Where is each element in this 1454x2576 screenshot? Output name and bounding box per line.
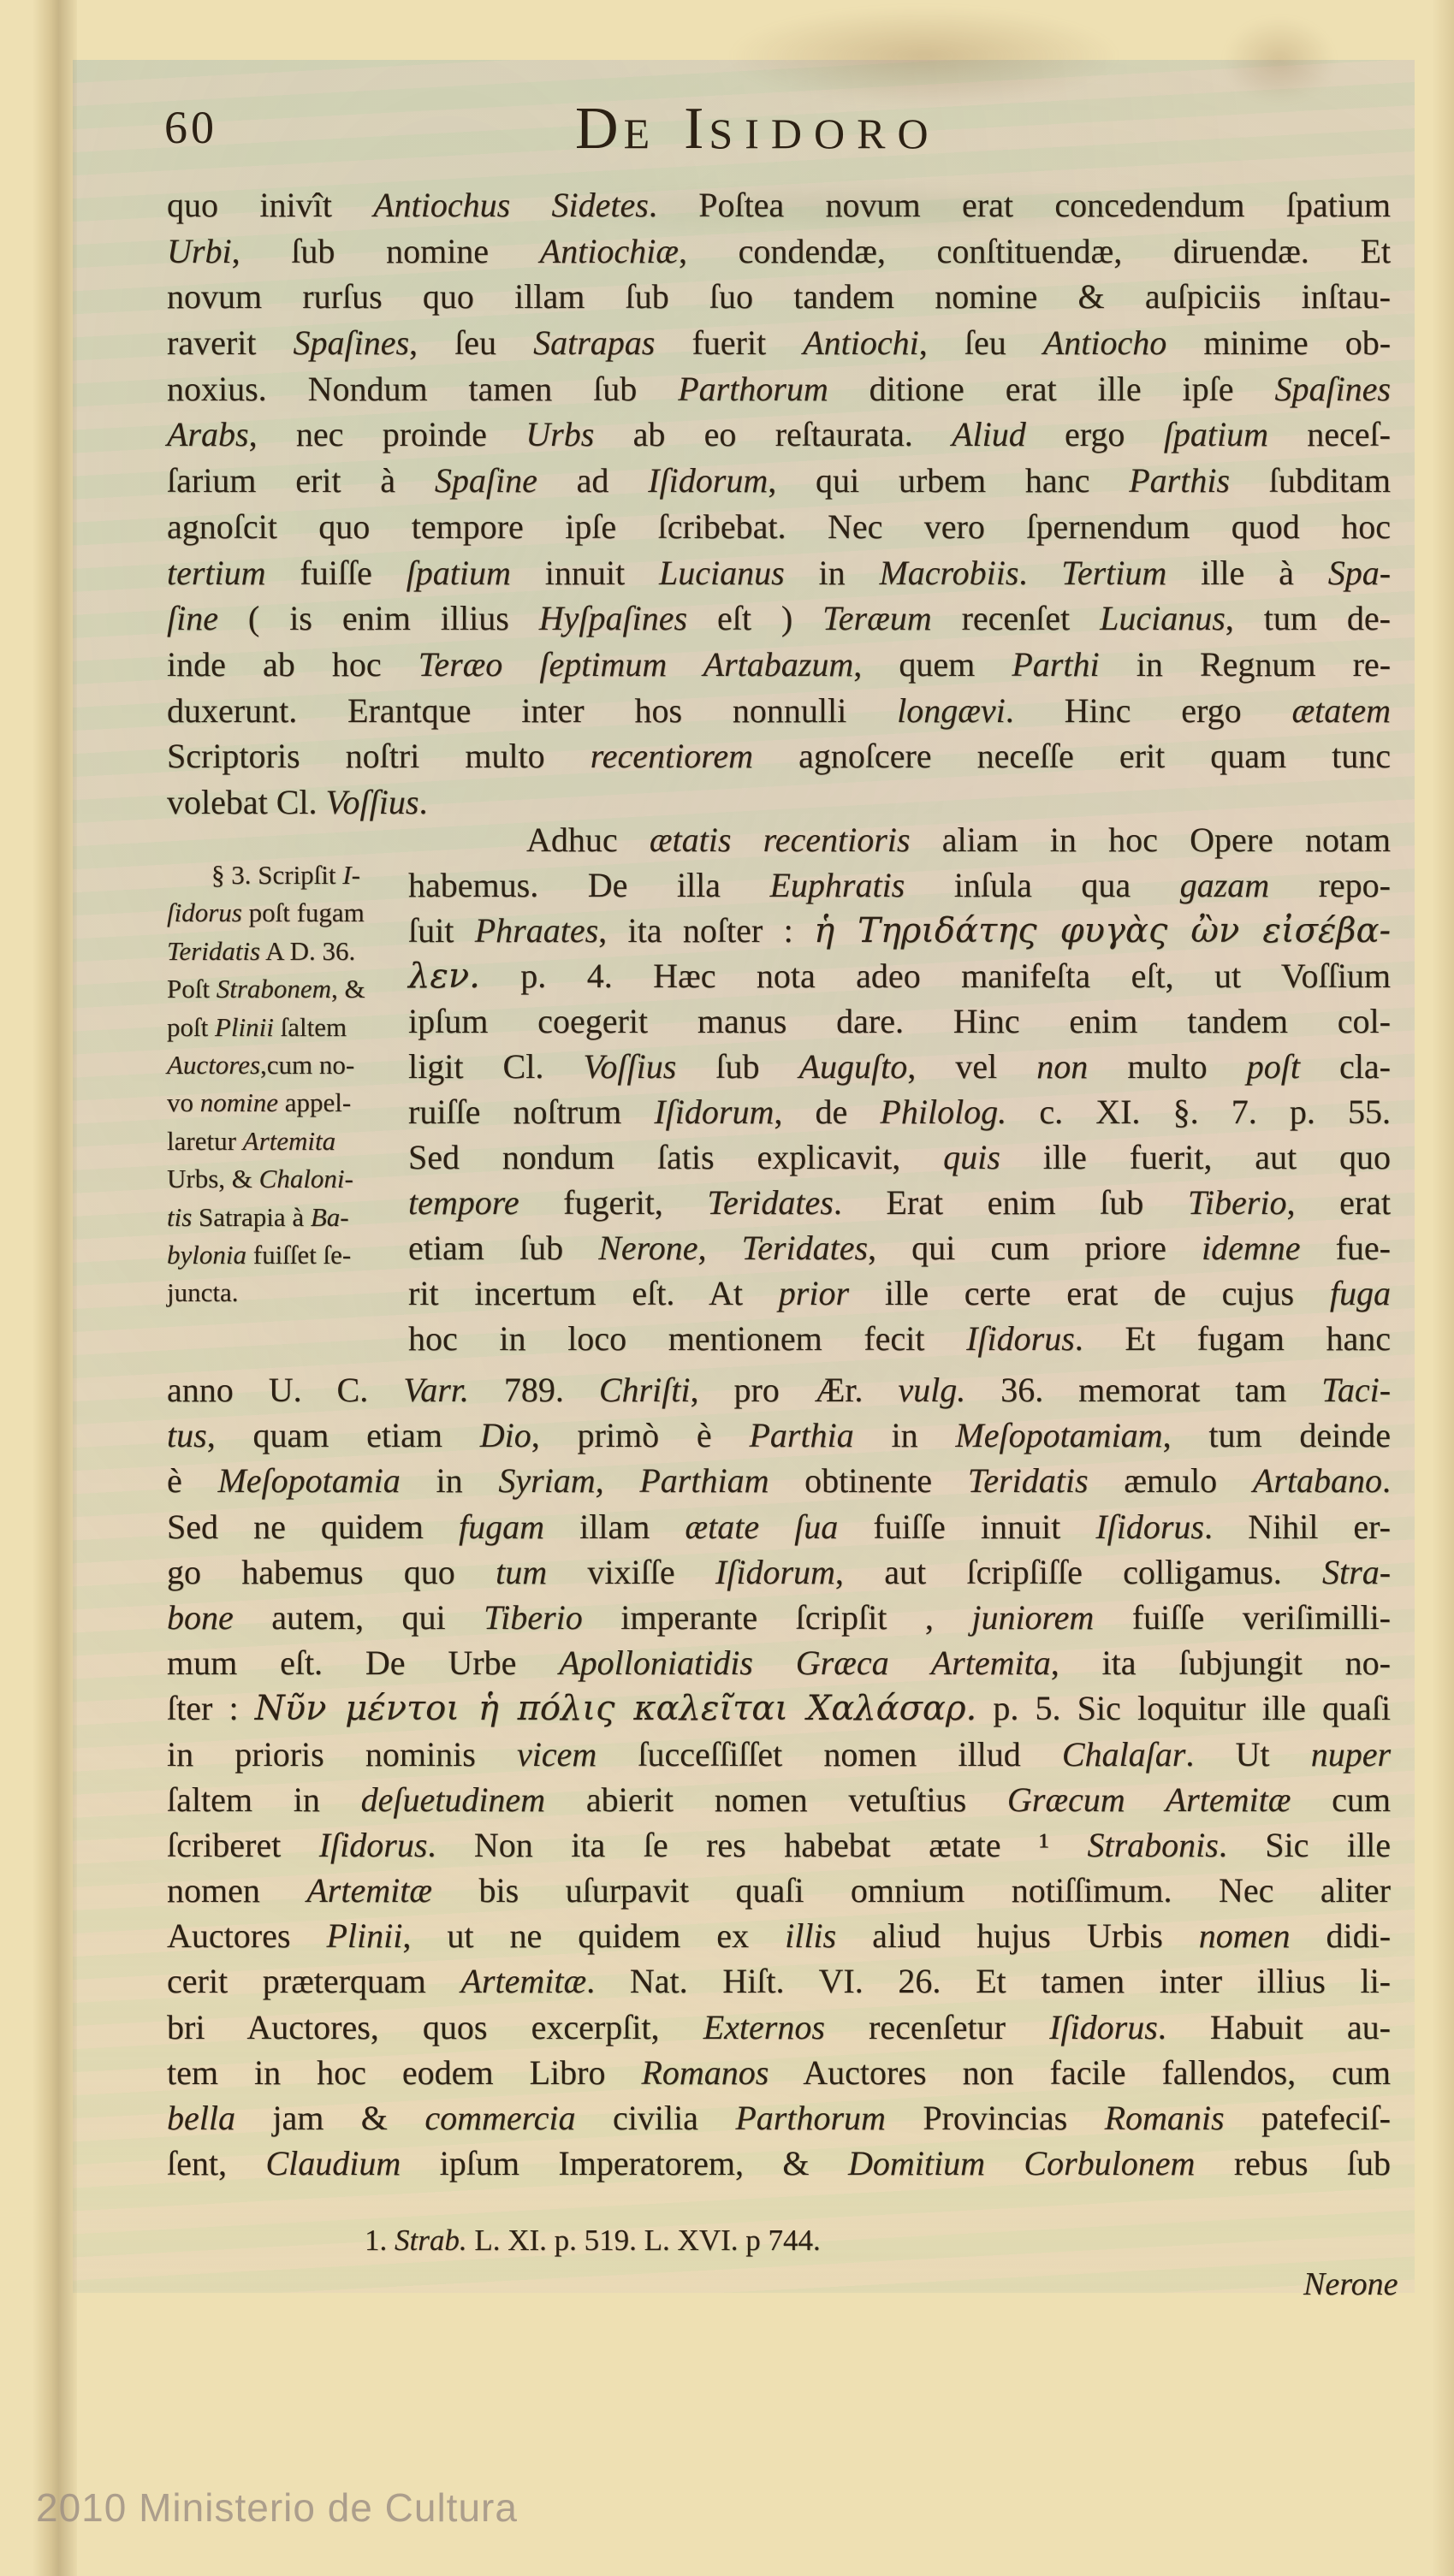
text-line: Urbi, ſub nomine Antiochiæ, condendæ, co…: [167, 228, 1391, 275]
text-run: è: [167, 1461, 217, 1500]
text-run: , quem: [853, 645, 1012, 684]
text-run: quo inivît: [167, 186, 373, 224]
text-run: illam: [544, 1507, 685, 1546]
library-watermark: 2010 Ministerio de Cultura: [36, 2484, 518, 2531]
text-run: . Nihil er-: [1204, 1507, 1391, 1546]
text-run: ſubditam: [1230, 461, 1391, 500]
text-run: in prioris nominis: [167, 1735, 517, 1774]
text-run-italic: vicem: [517, 1735, 596, 1774]
text-run: ſter :: [167, 1689, 255, 1727]
text-run: civilia: [576, 2099, 736, 2137]
text-run: Provincias: [886, 2099, 1105, 2137]
text-run-italic: Parthorum: [678, 370, 828, 408]
text-run-italic: Teræum: [822, 599, 931, 637]
text-run-italic: Artemitæ: [306, 1871, 432, 1910]
text-run: . Habuit au-: [1158, 2008, 1391, 2046]
text-run-italic: Parthorum: [735, 2099, 886, 2137]
text-run-italic: fuga: [1330, 1274, 1391, 1312]
title-letters-e: E: [624, 110, 662, 157]
text-run: obtinente: [769, 1461, 967, 1500]
text-run: Auctores: [167, 1916, 326, 1955]
text-line: poſt Plinii ſaltem: [167, 1009, 400, 1046]
text-run: Adhuc: [526, 820, 650, 859]
text-line: § 3. Scripſit I-: [167, 856, 400, 894]
text-run-italic: Claudium: [265, 2144, 401, 2182]
text-run: fuiſſe innuit: [838, 1507, 1095, 1546]
text-run-italic: Externos: [703, 2008, 825, 2046]
text-run-italic: I-: [342, 860, 360, 890]
text-run-italic: Aliud: [952, 415, 1026, 453]
text-line: λεν. p. 4. Hæc nota adeo manifeſta eſt, …: [408, 953, 1391, 998]
text-run: in Regnum re-: [1100, 645, 1391, 684]
text-run-italic: nomine: [200, 1087, 278, 1117]
text-run: noxius. Nondum tamen ſub: [167, 370, 678, 408]
text-line: Poſt Strabonem, &: [167, 970, 400, 1008]
text-run: Poſt: [167, 974, 217, 1004]
text-run: A D. 36.: [260, 936, 355, 966]
text-run-italic: Iſidorum: [648, 461, 768, 500]
text-run: fuiſſe veriſimilli-: [1094, 1598, 1391, 1637]
text-run: , ſeu: [919, 323, 1043, 362]
text-run: ditione erat ille ipſe: [828, 370, 1275, 408]
text-line: ſine ( is enim illius Hyſpaſines eſt ) T…: [167, 595, 1391, 642]
text-run-italic: Meſopotamia: [217, 1461, 400, 1500]
text-line: ruiſſe noſtrum Iſidorum, de Philolog. c.…: [408, 1089, 1391, 1134]
text-line: in prioris nominis vicem ſucceſſiſſet no…: [167, 1732, 1391, 1777]
text-run-italic: deſuetudinem: [361, 1780, 546, 1819]
text-run-italic: Domitium Corbulonem: [848, 2144, 1195, 2182]
text-line: tempore fugerit, Teridates. Erat enim ſu…: [408, 1180, 1391, 1225]
bleedthrough-smudge: [1224, 17, 1335, 103]
text-run: . Erat enim ſub: [834, 1183, 1188, 1222]
text-line: Adhuc ætatis recentioris aliam in hoc Op…: [408, 817, 1391, 862]
text-run: . Non ita ſe res habebat ætate ¹: [427, 1826, 1087, 1864]
main-text-column: Adhuc ætatis recentioris aliam in hoc Op…: [408, 817, 1391, 1361]
text-line: go habemus quo tum vixiſſe Iſidorum, aut…: [167, 1549, 1391, 1595]
text-line: Teridatis A D. 36.: [167, 933, 400, 970]
text-run: , qui cum priore: [868, 1229, 1202, 1267]
text-run-italic: Teridates: [707, 1183, 833, 1222]
text-run: , vel: [907, 1047, 1036, 1086]
text-run: vixiſſe: [547, 1553, 715, 1591]
main-text-block-lower: anno U. C. Varr. 789. Chriſti, pro Ær. v…: [167, 1367, 1391, 2186]
text-run-italic: Antiocho: [1043, 323, 1166, 362]
text-run: imperante ſcripſit ,: [583, 1598, 972, 1637]
text-run: Auctores non facile fallendos, cum: [769, 2053, 1391, 2092]
text-run-italic: Tiberio: [484, 1598, 583, 1637]
text-line: mum eſt. De Urbe Apolloniatidis Græca Ar…: [167, 1640, 1391, 1685]
text-run: Sed nondum ſatis explicavit,: [408, 1138, 943, 1176]
text-run-italic: Strab.: [395, 2224, 467, 2257]
text-run: inde ab hoc: [167, 645, 418, 684]
text-run-italic: Lucianus: [659, 554, 785, 592]
text-run-italic: Parthi: [1012, 645, 1099, 684]
text-run-italic: ſpatium: [1164, 415, 1268, 453]
text-run: , tum deinde: [1163, 1416, 1391, 1454]
text-run: ſaltem: [274, 1012, 347, 1042]
text-run: etiam ſub: [408, 1229, 598, 1267]
text-run: ruiſſe noſtrum: [408, 1093, 654, 1131]
text-run-italic: Nerone, Teridates: [598, 1229, 868, 1267]
text-run: , de: [774, 1093, 880, 1131]
text-run-italic: prior: [779, 1274, 849, 1312]
text-run: .: [1382, 1461, 1391, 1500]
text-line: bella jam & commercia civilia Parthorum …: [167, 2095, 1391, 2141]
text-run-italic: poſt: [1247, 1047, 1300, 1086]
text-line: habemus. De illa Euphratis inſula qua ga…: [408, 862, 1391, 908]
text-run: Satrapia à: [192, 1202, 311, 1232]
text-run-italic: Iſidorum: [715, 1553, 835, 1591]
text-run: 36. memorat tam: [965, 1371, 1321, 1409]
text-run: ,cum no-: [260, 1050, 354, 1080]
text-line: inde ab hoc Teræo ſeptimum Artabazum, qu…: [167, 642, 1391, 688]
text-run: didi-: [1290, 1916, 1391, 1955]
text-run-italic: Apolloniatidis Græca Artemita: [559, 1643, 1051, 1682]
text-run-italic: ſidorus: [167, 897, 242, 927]
text-run-italic: Parthis: [1129, 461, 1230, 500]
text-run: novum rurſus quo illam ſub ſuo tandem no…: [167, 277, 1391, 316]
text-line: etiam ſub Nerone, Teridates, qui cum pri…: [408, 1225, 1391, 1270]
text-run-italic: Artemitæ: [461, 1962, 587, 2000]
text-run: ergo: [1026, 415, 1164, 453]
text-run-italic: gazam: [1180, 866, 1269, 904]
text-run: fuiſſet ſe-: [246, 1240, 351, 1270]
text-run: recenſet: [932, 599, 1100, 637]
text-line: vo nomine appel-: [167, 1084, 400, 1122]
text-run: Scriptoris noſtri multo: [167, 737, 591, 775]
text-run: , condendæ, conſtituendæ, diruendæ. Et: [679, 232, 1391, 270]
text-run: rit incertum eſt. At: [408, 1274, 779, 1312]
text-run-italic: idemne: [1202, 1229, 1301, 1267]
text-run-italic: recentiorem: [591, 737, 753, 775]
text-run: ſarium erit à: [167, 461, 435, 500]
text-run-italic: Romanos: [641, 2053, 769, 2092]
text-run-italic: Artabano: [1253, 1461, 1382, 1500]
text-run: Sed ne quidem: [167, 1507, 459, 1546]
text-line: noxius. Nondum tamen ſub Parthorum ditio…: [167, 366, 1391, 412]
text-run: p. 4. Hæc nota adeo manifeſta eſt, ut Vo…: [480, 956, 1391, 995]
text-run: abierit nomen vetuſtius: [545, 1780, 1007, 1819]
text-run-italic: Lucianus: [1100, 599, 1226, 637]
text-run-italic: Meſopotamiam: [955, 1416, 1162, 1454]
text-run: L. XI. p. 519. L. XVI. p 744.: [467, 2224, 821, 2257]
text-run: fugerit,: [519, 1183, 708, 1222]
text-line: bylonia fuiſſet ſe-: [167, 1236, 400, 1274]
text-run: ille certe erat de cujus: [849, 1274, 1330, 1312]
text-run: minime ob-: [1166, 323, 1391, 362]
text-run: 789.: [469, 1371, 599, 1409]
text-run: in: [854, 1416, 956, 1454]
text-run: . Ut: [1185, 1735, 1310, 1774]
text-run-italic: tertium: [167, 554, 266, 592]
text-run: , ſeu: [409, 323, 533, 362]
text-run-italic: Philolog.: [880, 1093, 1006, 1131]
text-run-italic: nomen: [1199, 1916, 1291, 1955]
text-run-italic: Plinii: [215, 1012, 274, 1042]
text-run: laretur: [167, 1126, 243, 1156]
text-run-italic: Phraates: [475, 911, 598, 950]
text-line: quo inivît Antiochus Sidetes. Poſtea nov…: [167, 182, 1391, 228]
text-line: bri Auctores, quos excerpſit, Externos r…: [167, 2005, 1391, 2050]
text-line: raverit Spaſines, ſeu Satrapas fuerit An…: [167, 320, 1391, 366]
text-run-italic: longævi: [897, 691, 1006, 730]
text-run: habemus. De illa: [408, 866, 769, 904]
text-line: laretur Artemita: [167, 1122, 400, 1160]
text-run-italic: Iſidorus: [319, 1826, 428, 1864]
text-run-italic: ætatem: [1291, 691, 1391, 730]
text-run-greek: λεν.: [408, 956, 480, 996]
text-line: juncta.: [167, 1274, 400, 1312]
text-run: in: [785, 554, 880, 592]
text-run: poſt: [167, 1012, 215, 1042]
text-run: Urbs, &: [167, 1164, 259, 1193]
text-run-italic: Macrobiis: [879, 554, 1018, 592]
text-run: ſcriberet: [167, 1826, 319, 1864]
text-run-italic: ætatis recentioris: [650, 820, 911, 859]
text-run: ( is enim illius: [218, 599, 539, 637]
text-line: rit incertum eſt. At prior ille certe er…: [408, 1270, 1391, 1316]
text-run-italic: ſine: [167, 599, 218, 637]
text-run-italic: Artemita: [243, 1126, 336, 1156]
text-run: cla-: [1300, 1047, 1391, 1086]
text-run: agnoſcere neceſſe erit quam tunc: [753, 737, 1391, 775]
running-title: DEISIDORO: [575, 99, 941, 159]
text-run-italic: tum: [496, 1553, 547, 1591]
text-run: . Nat. Hiſt. VI. 26. Et tamen inter illi…: [586, 1962, 1391, 2000]
text-run-greek: ἡ Τηριδάτης φυγὰς ὢν εἰσέβα-: [814, 911, 1391, 950]
text-run: neceſ-: [1268, 415, 1391, 453]
text-run-italic: Chaloni-: [259, 1164, 353, 1193]
text-run: mum eſt. De Urbe: [167, 1643, 559, 1682]
text-line: ſarium erit à Spaſine ad Iſidorum, qui u…: [167, 458, 1391, 504]
text-run: ab eo reſtaurata.: [594, 415, 952, 453]
text-run: . Sic ille: [1219, 1826, 1391, 1864]
text-run: hoc in loco mentionem fecit: [408, 1319, 966, 1358]
text-run: , qui urbem hanc: [768, 461, 1129, 500]
text-line: ligit Cl. Voſſius ſub Auguſto, vel non m…: [408, 1044, 1391, 1089]
text-run: ſent,: [167, 2144, 265, 2182]
text-run-italic: Satrapas: [533, 323, 655, 362]
text-run-italic: non: [1036, 1047, 1088, 1086]
text-run: .: [1018, 554, 1061, 592]
text-run-italic: Stra-: [1322, 1553, 1391, 1591]
text-run-italic: quis: [943, 1138, 1000, 1176]
text-run-italic: Voſſius: [583, 1047, 676, 1086]
text-run: , aut ſcripſiſſe colligamus.: [835, 1553, 1322, 1591]
text-line: tus, quam etiam Dio, primò è Parthia in …: [167, 1412, 1391, 1458]
text-run: . Et fugam hanc: [1075, 1319, 1391, 1358]
scanned-book-page: 60 DEISIDORO quo inivît Antiochus Sidete…: [0, 0, 1454, 2576]
text-run-italic: Taci-: [1321, 1371, 1391, 1409]
text-run-italic: bone: [167, 1598, 234, 1637]
text-run-italic: tus: [167, 1416, 207, 1454]
text-run: ſuit: [408, 911, 475, 950]
text-run-italic: Ba-: [311, 1202, 349, 1232]
text-run: ille fuerit, aut quo: [1000, 1138, 1391, 1176]
text-run: aliam in hoc Opere notam: [910, 820, 1391, 859]
text-run: ad: [537, 461, 648, 500]
text-run: , quam etiam: [207, 1416, 480, 1454]
page-left-edge-shadow: [33, 0, 77, 2576]
text-run-italic: juniorem: [971, 1598, 1094, 1637]
text-line: ſent, Claudium ipſum Imperatorem, & Domi…: [167, 2141, 1391, 2186]
text-run: , tum de-: [1226, 599, 1391, 637]
text-line: novum rurſus quo illam ſub ſuo tandem no…: [167, 274, 1391, 320]
text-run-italic: Strabonis: [1087, 1826, 1218, 1864]
text-run: ligit Cl.: [408, 1047, 583, 1086]
text-run-italic: ſpatium: [407, 554, 511, 592]
text-run-italic: vulg.: [898, 1371, 965, 1409]
text-run: fuiſſe: [266, 554, 407, 592]
text-line: Auctores Plinii, ut ne quidem ex illis a…: [167, 1913, 1391, 1958]
text-run: , ita noſter :: [598, 911, 814, 950]
text-run-italic: Romanis: [1105, 2099, 1225, 2137]
text-line: è Meſopotamia in Syriam, Parthiam obtine…: [167, 1458, 1391, 1503]
text-run-italic: Iſidorus: [966, 1319, 1075, 1358]
text-run-italic: Spa-: [1328, 554, 1391, 592]
text-line: ipſum coegerit manus dare. Hinc enim tan…: [408, 998, 1391, 1044]
text-run-italic: Spaſines: [1274, 370, 1391, 408]
text-line: Auctores,cum no-: [167, 1046, 400, 1084]
text-run-italic: tis: [167, 1202, 192, 1232]
text-run: rebus ſub: [1195, 2144, 1391, 2182]
text-run: , primò è: [531, 1416, 750, 1454]
text-run: , pro Ær.: [691, 1371, 899, 1409]
text-line: tertium fuiſſe ſpatium innuit Lucianus i…: [167, 550, 1391, 596]
text-run: poſt fugam: [242, 897, 365, 927]
text-run-italic: Iſidorum: [654, 1093, 774, 1131]
text-run: bri Auctores, quos excerpſit,: [167, 2008, 703, 2046]
text-run-italic: Chriſti: [599, 1371, 691, 1409]
text-run-italic: Antiochi: [803, 323, 919, 362]
text-run-italic: Antiochiæ: [540, 232, 679, 270]
text-line: duxerunt. Erantque inter hos nonnulli lo…: [167, 688, 1391, 734]
text-line: Urbs, & Chaloni-: [167, 1160, 400, 1198]
text-line: hoc in loco mentionem fecit Iſidorus. Et…: [408, 1316, 1391, 1361]
text-run-italic: Spaſine: [435, 461, 537, 500]
text-run: in: [401, 1461, 499, 1500]
text-run: ſub: [676, 1047, 798, 1086]
text-run-italic: commercia: [424, 2099, 575, 2137]
text-run-italic: Dio: [480, 1416, 531, 1454]
text-run: autem, qui: [234, 1598, 484, 1637]
text-run-italic: Græcum Artemitæ: [1007, 1780, 1291, 1819]
text-run-italic: tempore: [408, 1183, 519, 1222]
text-run-italic: bella: [167, 2099, 235, 2137]
text-run-italic: Iſidorus: [1049, 2008, 1158, 2046]
text-run: inſula qua: [905, 866, 1179, 904]
text-run: . Hinc ergo: [1006, 691, 1292, 730]
text-run-italic: fugam: [459, 1507, 544, 1546]
text-run: ipſum coegerit manus dare. Hinc enim tan…: [408, 1002, 1391, 1040]
text-run: raverit: [167, 323, 293, 362]
text-line: cerit præterquam Artemitæ. Nat. Hiſt. VI…: [167, 1958, 1391, 2004]
text-line: ſter : Νῦν μέντοι ἡ πόλις καλεῖται Χαλάσ…: [167, 1685, 1391, 1731]
text-run: , ſub nomine: [232, 232, 540, 270]
text-run: , erat: [1286, 1183, 1391, 1222]
text-run-italic: Antiochus Sidetes: [373, 186, 649, 224]
text-run-italic: Arabs: [167, 415, 249, 453]
text-line: Arabs, nec proinde Urbs ab eo reſtaurata…: [167, 412, 1391, 458]
text-run-italic: nuper: [1311, 1735, 1391, 1774]
text-run-italic: Teræo ſeptimum Artabazum: [418, 645, 854, 684]
title-initial-d: D: [575, 96, 624, 162]
text-run: appel-: [278, 1087, 351, 1117]
text-line: Scriptoris noſtri multo recentiorem agno…: [167, 733, 1391, 779]
text-run: recenſetur: [825, 2008, 1049, 2046]
text-run: innuit: [511, 554, 659, 592]
text-run-italic: Hyſpaſines: [539, 599, 687, 637]
text-run: anno U. C.: [167, 1371, 403, 1409]
text-run: juncta.: [167, 1277, 239, 1307]
text-run: aliud hujus Urbis: [836, 1916, 1199, 1955]
text-line: Sed nondum ſatis explicavit, quis ille f…: [408, 1134, 1391, 1180]
text-run: ſaltem in: [167, 1780, 361, 1819]
text-run: 1.: [365, 2224, 395, 2257]
text-run-italic: Syriam, Parthiam: [498, 1461, 769, 1500]
text-run: bis uſurpavit quaſi omnium notiſſimum. N…: [432, 1871, 1391, 1910]
text-run: c. XI. §. 7. p. 55.: [1006, 1093, 1391, 1131]
text-run: cerit præterquam: [167, 1962, 461, 2000]
text-run-italic: Tiberio: [1188, 1183, 1287, 1222]
text-run: , ut ne quidem ex: [402, 1916, 785, 1955]
page-number: 60: [164, 104, 217, 151]
text-run-italic: Urbi: [167, 232, 232, 270]
text-run: eſt ): [687, 599, 822, 637]
text-run: æmulo: [1089, 1461, 1253, 1500]
text-run-italic: Euphratis: [769, 866, 905, 904]
text-run-italic: Iſidorus: [1095, 1507, 1204, 1546]
text-run: tem in hoc eodem Libro: [167, 2053, 641, 2092]
text-run-italic: Auctores: [167, 1050, 260, 1080]
text-run-italic: Teridatis: [968, 1461, 1089, 1500]
bleedthrough-smudge: [727, 7, 1121, 105]
text-run-italic: Plinii: [326, 1916, 402, 1955]
text-run: fuerit: [655, 323, 803, 362]
text-run: go habemus quo: [167, 1553, 496, 1591]
text-run: , &: [331, 974, 365, 1004]
text-line: tis Satrapia à Ba-: [167, 1199, 400, 1236]
text-run-italic: Parthia: [749, 1416, 853, 1454]
main-text-block-upper: quo inivît Antiochus Sidetes. Poſtea nov…: [167, 182, 1391, 826]
text-line: agnoſcit quo tempore ipſe ſcribebat. Nec…: [167, 504, 1391, 550]
text-run-italic: Tertium: [1061, 554, 1166, 592]
text-line: Sed ne quidem fugam illam ætate ſua fuiſ…: [167, 1504, 1391, 1549]
text-run-italic: Urbs: [525, 415, 594, 453]
text-line: bone autem, qui Tiberio imperante ſcripſ…: [167, 1595, 1391, 1640]
text-run-italic: ætate ſua: [685, 1507, 838, 1546]
text-line: ſcriberet Iſidorus. Non ita ſe res habeb…: [167, 1822, 1391, 1868]
footnote: 1. Strab. L. XI. p. 519. L. XVI. p 744.: [365, 2223, 821, 2259]
text-line: ſuit Phraates, ita noſter : ἡ Τηριδάτης …: [408, 908, 1391, 953]
text-run-greek: Νῦν μέντοι ἡ πόλις καλεῖται Χαλάσαρ.: [255, 1689, 976, 1728]
text-run: vo: [167, 1087, 200, 1117]
text-run: jam &: [235, 2099, 424, 2137]
text-run: fue-: [1300, 1229, 1391, 1267]
text-run: . Poſtea novum erat concedendum ſpatium: [649, 186, 1391, 224]
text-line: nomen Artemitæ bis uſurpavit quaſi omniu…: [167, 1868, 1391, 1913]
text-run-italic: bylonia: [167, 1240, 246, 1270]
text-run: agnoſcit quo tempore ipſe ſcribebat. Nec…: [167, 507, 1391, 546]
text-run-italic: Auguſto: [799, 1047, 908, 1086]
text-line: ſaltem in deſuetudinem abierit nomen vet…: [167, 1777, 1391, 1822]
text-run: p. 5. Sic loquitur ille quaſi: [976, 1689, 1391, 1727]
text-run-italic: illis: [785, 1916, 836, 1955]
text-run: nomen: [167, 1871, 306, 1910]
text-run: , nec proinde: [249, 415, 526, 453]
text-run: multo: [1088, 1047, 1246, 1086]
text-run: .: [418, 783, 427, 821]
